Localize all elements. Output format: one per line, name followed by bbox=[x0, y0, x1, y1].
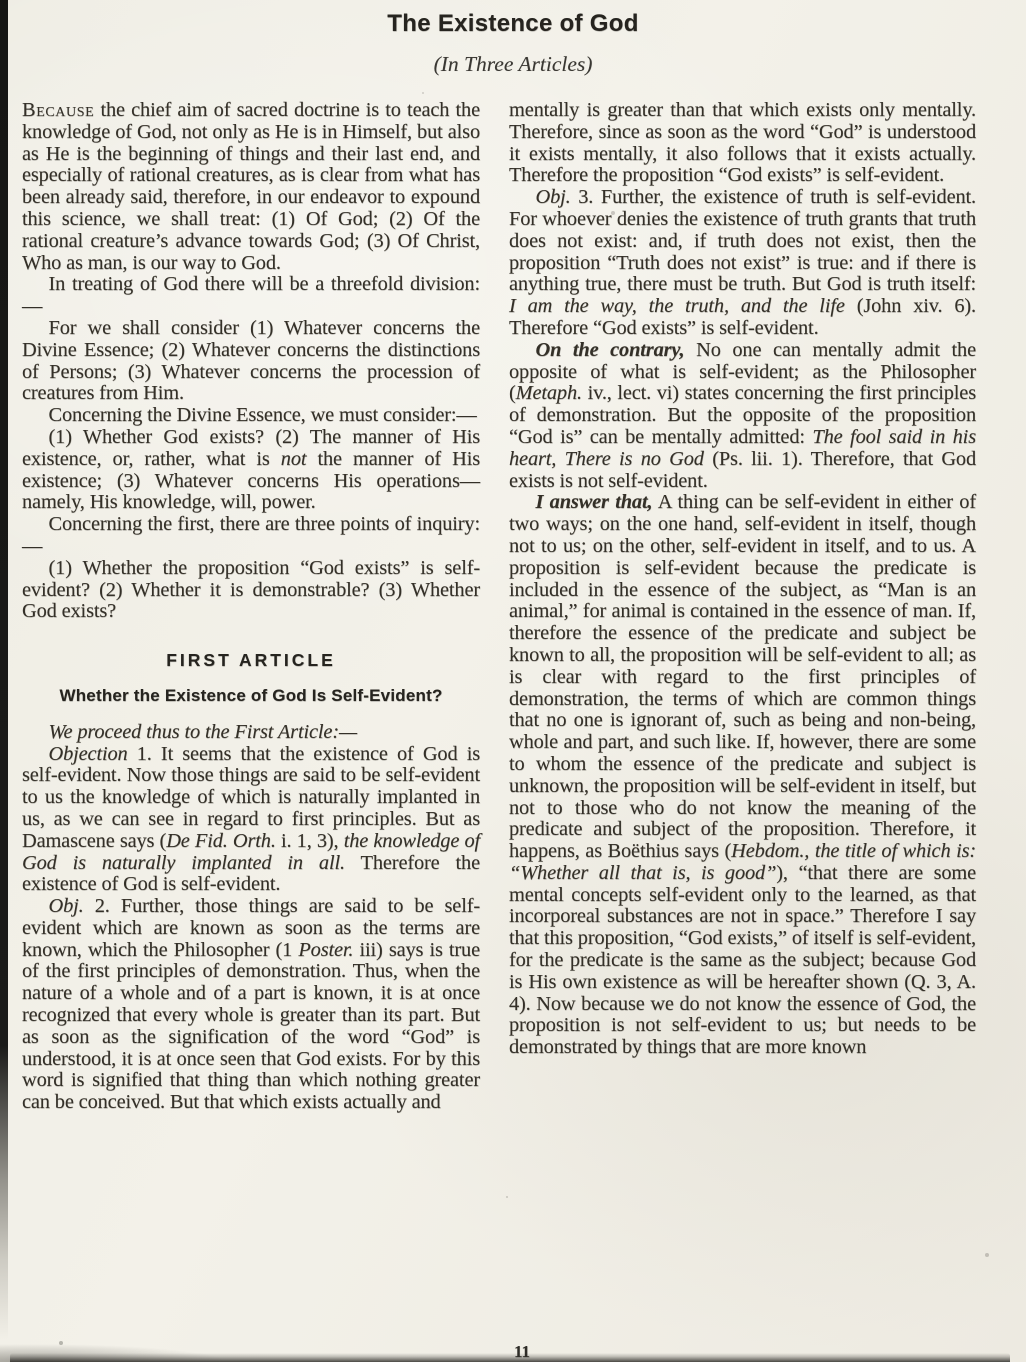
scan-edge-artifact-left bbox=[0, 0, 8, 1340]
paragraph: Concerning the Divine Essence, we must c… bbox=[22, 405, 480, 427]
paragraph: Obj. 2. Further, those things are said t… bbox=[22, 896, 480, 1114]
page-title: The Existence of God bbox=[0, 10, 1026, 38]
page-header: The Existence of God (In Three Articles) bbox=[0, 10, 1026, 77]
paragraph: We proceed thus to the First Article:— bbox=[22, 722, 480, 744]
paragraph: For we shall consider (1) Whatever conce… bbox=[22, 318, 480, 405]
text-segment: In treating of God there will be a three… bbox=[22, 273, 480, 317]
paragraph: In treating of God there will be a three… bbox=[22, 274, 480, 318]
text-segment: Concerning the Divine Essence, we must c… bbox=[49, 404, 477, 426]
text-segment: Obj. bbox=[536, 186, 571, 208]
text-segment: For we shall consider (1) Whatever conce… bbox=[22, 317, 480, 404]
text-segment: We proceed thus to the First Article:— bbox=[49, 721, 357, 743]
text-segment: iii) says is true of the first principle… bbox=[22, 939, 480, 1114]
book-page: The Existence of God (In Three Articles)… bbox=[0, 0, 1026, 1362]
dust-speckles bbox=[0, 0, 2, 2]
text-segment: Obj. bbox=[49, 895, 84, 917]
text-segment: mentally is greater than that which exis… bbox=[509, 99, 976, 186]
text-segment: ), “that there are some mental concepts … bbox=[509, 862, 976, 1058]
text-segment: the chief aim of sacred doctrine is to t… bbox=[22, 99, 480, 274]
text-segment: Objection bbox=[49, 743, 128, 765]
article-question-heading: Whether the Existence of God Is Self-Evi… bbox=[22, 685, 480, 707]
text-columns: Because the chief aim of sacred doctrine… bbox=[22, 100, 976, 1114]
paragraph: (1) Whether God exists? (2) The manner o… bbox=[22, 427, 480, 514]
text-segment: I am the way, the truth, and the life bbox=[509, 295, 845, 317]
paragraph: (1) Whether the proposition “God exists”… bbox=[22, 558, 480, 623]
paragraph: Objection 1. It seems that the existence… bbox=[22, 744, 480, 897]
page-subtitle: (In Three Articles) bbox=[0, 52, 1026, 77]
text-segment: Whether the Existence of God Is Self-Evi… bbox=[59, 686, 442, 705]
text-segment: Metaph. bbox=[516, 382, 582, 404]
text-segment: On the contrary, bbox=[536, 339, 685, 361]
first-article-heading: FIRST ARTICLE bbox=[22, 650, 480, 672]
text-segment: I answer that, bbox=[536, 491, 653, 513]
text-segment: Concerning the first, there are three po… bbox=[22, 513, 480, 557]
text-segment: FIRST ARTICLE bbox=[166, 650, 336, 670]
paragraph-opening: mentally is greater than that which exis… bbox=[509, 100, 976, 187]
text-segment: A thing can be self-evident in either of… bbox=[509, 491, 976, 862]
paragraph: Obj. 3. Further, the existence of truth … bbox=[509, 187, 976, 340]
left-column: Because the chief aim of sacred doctrine… bbox=[22, 100, 480, 1114]
text-segment: (1) Whether the proposition “God exists”… bbox=[22, 557, 480, 623]
text-segment: i. 1, 3), bbox=[276, 830, 344, 852]
paragraph: Concerning the first, there are three po… bbox=[22, 514, 480, 558]
paragraph: On the contrary, No one can mentally adm… bbox=[509, 340, 976, 493]
text-segment: Poster. bbox=[298, 939, 353, 961]
text-segment: 3. Further, the existence of truth is se… bbox=[509, 186, 976, 295]
text-segment: De Fid. Orth. bbox=[166, 830, 276, 852]
paragraph: I answer that, A thing can be self-evide… bbox=[509, 492, 976, 1059]
scan-edge-artifact-bottom bbox=[10, 1353, 1010, 1362]
text-segment: Because bbox=[22, 99, 94, 121]
right-column: mentally is greater than that which exis… bbox=[509, 100, 976, 1114]
text-segment: not bbox=[281, 448, 307, 470]
paragraph-opening: Because the chief aim of sacred doctrine… bbox=[22, 100, 480, 274]
